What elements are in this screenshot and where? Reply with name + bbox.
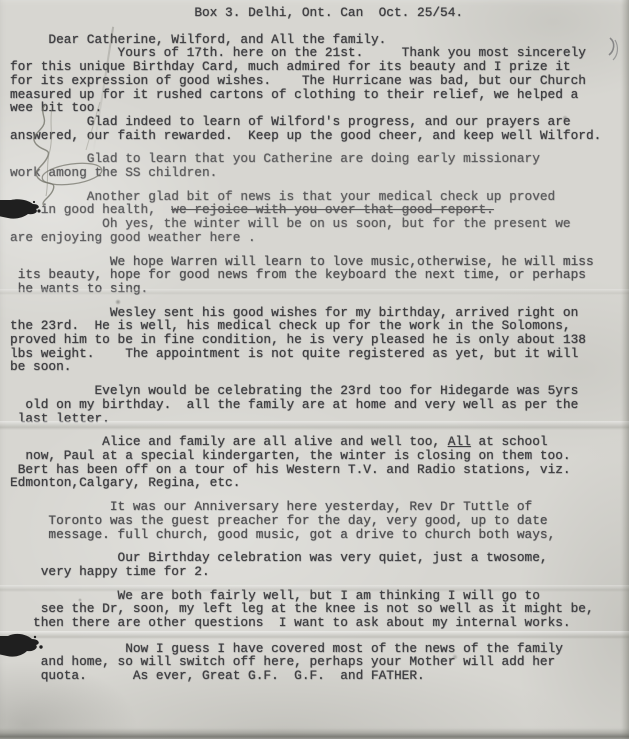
paragraph-birthday-celebration: Our Birthday celebration was very quiet,…: [10, 551, 629, 578]
paragraph-wilford-progress: Glad indeed to learn of Wilford's progre…: [10, 115, 629, 142]
paragraph-warren-music: We hope Warren will learn to love music,…: [10, 255, 629, 296]
salutation: Dear Catherine, Wilford, and All the fam…: [10, 33, 629, 47]
paragraph-closing-signature: Now I guess I have covered most of the n…: [10, 642, 629, 683]
scanned-letter-page: Box 3. Delhi, Ont. Can Oct. 25/54. Dear …: [0, 0, 629, 739]
letter-body: Box 3. Delhi, Ont. Can Oct. 25/54. Dear …: [10, 6, 629, 683]
scan-bottom-edge-shadow: [0, 728, 629, 739]
paragraph-medical-checkup: Another glad bit of news is that your me…: [10, 190, 629, 217]
paragraph-evelyn-hidegarde: Evelyn would be celebrating the 23rd too…: [10, 384, 629, 425]
paragraph-winter-weather: Oh yes, the winter will be on us soon, b…: [10, 217, 629, 244]
paragraph-birthday-card: Yours of 17th. here on the 21st. Thank y…: [10, 46, 629, 115]
paragraph-wesley-birthday: Wesley sent his good wishes for my birth…: [10, 306, 629, 375]
paragraph-alice-family: Alice and family are all alive and well …: [10, 435, 629, 490]
paragraph-catherine-missionary: Glad to learn that you Catherine are doi…: [10, 152, 629, 179]
dateline: Box 3. Delhi, Ont. Can Oct. 25/54.: [10, 6, 629, 20]
paragraph-anniversary: It was our Anniversary here yesterday, R…: [10, 500, 629, 541]
paragraph-health-doctor: We are both fairly well, but I am thinki…: [10, 589, 629, 630]
